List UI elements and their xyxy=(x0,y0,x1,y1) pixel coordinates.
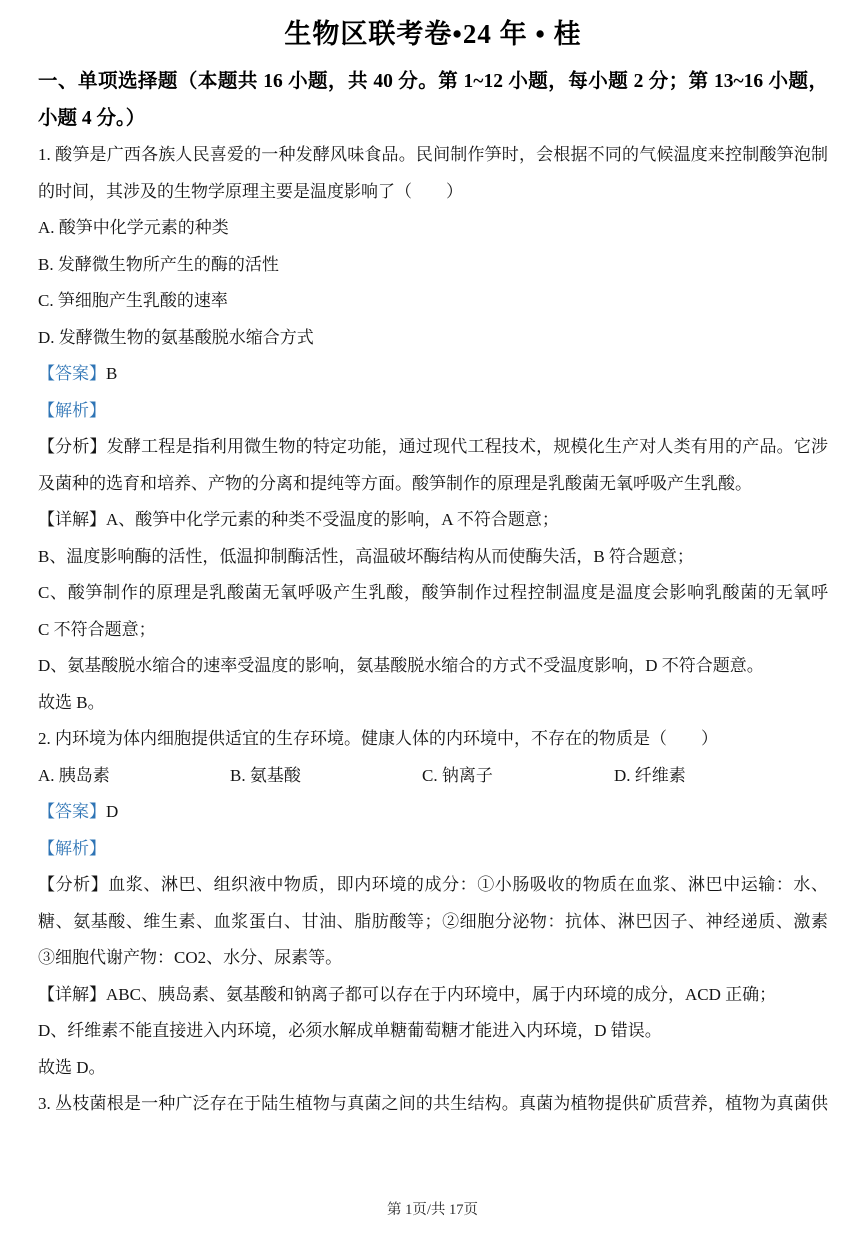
page-title: 生物区联考卷•24 年 • 桂 xyxy=(38,14,828,54)
question-1-conclusion: 故选 B。 xyxy=(38,685,828,722)
page-number-footer: 第 1页/共 17页 xyxy=(0,1198,865,1219)
question-2-analysis-line-1: 【分析】血浆、淋巴、组织液中物质，即内环境的成分：①小肠吸收的物质在血浆、淋巴中… xyxy=(38,867,828,904)
question-1-detail-line-5: D、氨基酸脱水缩合的速率受温度的影响，氨基酸脱水缩合的方式不受温度影响，D 不符… xyxy=(38,648,828,685)
question-2-option-d: D. 纤维素 xyxy=(614,758,806,795)
question-1-option-d: D. 发酵微生物的氨基酸脱水缩合方式 xyxy=(38,320,828,357)
question-1-option-a: A. 酸笋中化学元素的种类 xyxy=(38,210,828,247)
exam-page: 生物区联考卷•24 年 • 桂 一、单项选择题（本题共 16 小题，共 40 分… xyxy=(0,0,865,1123)
question-1-option-c: C. 笋细胞产生乳酸的速率 xyxy=(38,283,828,320)
question-1-stem-line-1: 1. 酸笋是广西各族人民喜爱的一种发酵风味食品。民间制作笋时，会根据不同的气候温… xyxy=(38,137,828,174)
answer-label: 【答案】 xyxy=(38,802,106,821)
question-2-detail-line-1: 【详解】ABC、胰岛素、氨基酸和钠离子都可以存在于内环境中，属于内环境的成分，A… xyxy=(38,977,828,1014)
question-1-option-b: B. 发酵微生物所产生的酶的活性 xyxy=(38,247,828,284)
question-1-answer-line: 【答案】B xyxy=(38,356,828,393)
analysis-label: 【解析】 xyxy=(38,839,106,858)
question-2-conclusion: 故选 D。 xyxy=(38,1050,828,1087)
question-2-detail-line-2: D、纤维素不能直接进入内环境，必须水解成单糖葡萄糖才能进入内环境，D 错误。 xyxy=(38,1013,828,1050)
question-3-stem-line-1: 3. 丛枝菌根是一种广泛存在于陆生植物与真菌之间的共生结构。真菌为植物提供矿质营… xyxy=(38,1086,828,1123)
question-2-option-a: A. 胰岛素 xyxy=(38,758,230,795)
question-1-analysis-line-1: 【分析】发酵工程是指利用微生物的特定功能，通过现代工程技术，规模化生产对人类有用… xyxy=(38,429,828,466)
question-1-stem-line-2: 的时间，其涉及的生物学原理主要是温度影响了（ ） xyxy=(38,174,828,211)
section-heading-line-1: 一、单项选择题（本题共 16 小题，共 40 分。第 1~12 小题，每小题 2… xyxy=(38,64,828,101)
question-2-answer-line: 【答案】D xyxy=(38,794,828,831)
analysis-label: 【解析】 xyxy=(38,401,106,420)
question-2-options-row: A. 胰岛素 B. 氨基酸 C. 钠离子 D. 纤维素 xyxy=(38,758,828,795)
question-2-analysis-line-2: 糖、氨基酸、维生素、血浆蛋白、甘油、脂肪酸等；②细胞分泌物：抗体、淋巴因子、神经… xyxy=(38,904,828,941)
question-1-analysis-line-2: 及菌种的选育和培养、产物的分离和提纯等方面。酸笋制作的原理是乳酸菌无氧呼吸产生乳… xyxy=(38,466,828,503)
question-1-answer-value: B xyxy=(106,364,117,383)
question-2-answer-value: D xyxy=(106,802,118,821)
question-2-analysis-line-3: ③细胞代谢产物：CO2、水分、尿素等。 xyxy=(38,940,828,977)
question-1-detail-line-1: 【详解】A、酸笋中化学元素的种类不受温度的影响，A 不符合题意； xyxy=(38,502,828,539)
question-2-option-c: C. 钠离子 xyxy=(422,758,614,795)
question-1-detail-line-4: C 不符合题意； xyxy=(38,612,828,649)
question-1-detail-line-2: B、温度影响酶的活性，低温抑制酶活性，高温破坏酶结构从而使酶失活，B 符合题意； xyxy=(38,539,828,576)
question-2-option-b: B. 氨基酸 xyxy=(230,758,422,795)
question-2-stem: 2. 内环境为体内细胞提供适宜的生存环境。健康人体的内环境中，不存在的物质是（ … xyxy=(38,721,828,758)
question-1-analysis-tag: 【解析】 xyxy=(38,393,828,430)
section-heading-line-2: 小题 4 分。） xyxy=(38,101,828,138)
question-1-detail-line-3: C、酸笋制作的原理是乳酸菌无氧呼吸产生乳酸，酸笋制作过程控制温度是温度会影响乳酸… xyxy=(38,575,828,612)
answer-label: 【答案】 xyxy=(38,364,106,383)
question-2-analysis-tag: 【解析】 xyxy=(38,831,828,868)
